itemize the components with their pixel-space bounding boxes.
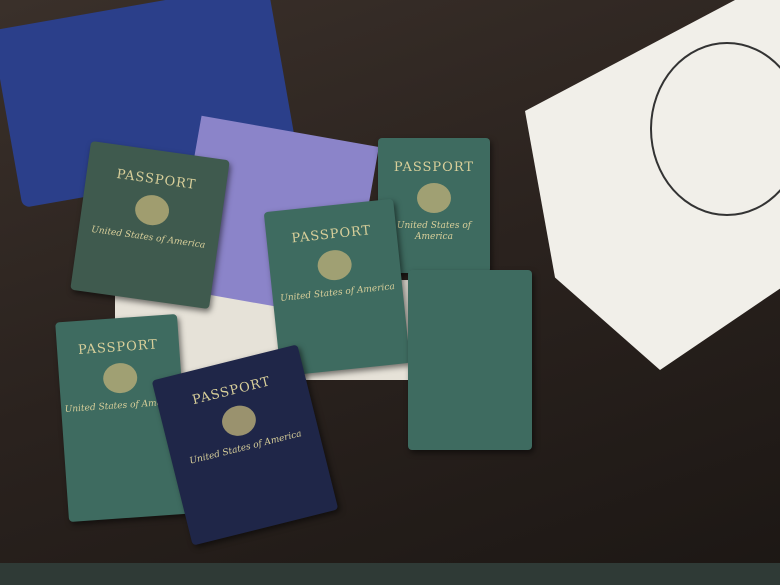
seal-icon — [133, 193, 171, 227]
seal-icon — [219, 402, 259, 439]
seal-icon — [316, 248, 353, 281]
passport-1: PASSPORTUnited States of America — [70, 141, 230, 309]
carpet — [0, 563, 780, 585]
seal-icon — [417, 183, 451, 213]
passport-6 — [408, 270, 532, 450]
seal-icon — [102, 362, 138, 394]
